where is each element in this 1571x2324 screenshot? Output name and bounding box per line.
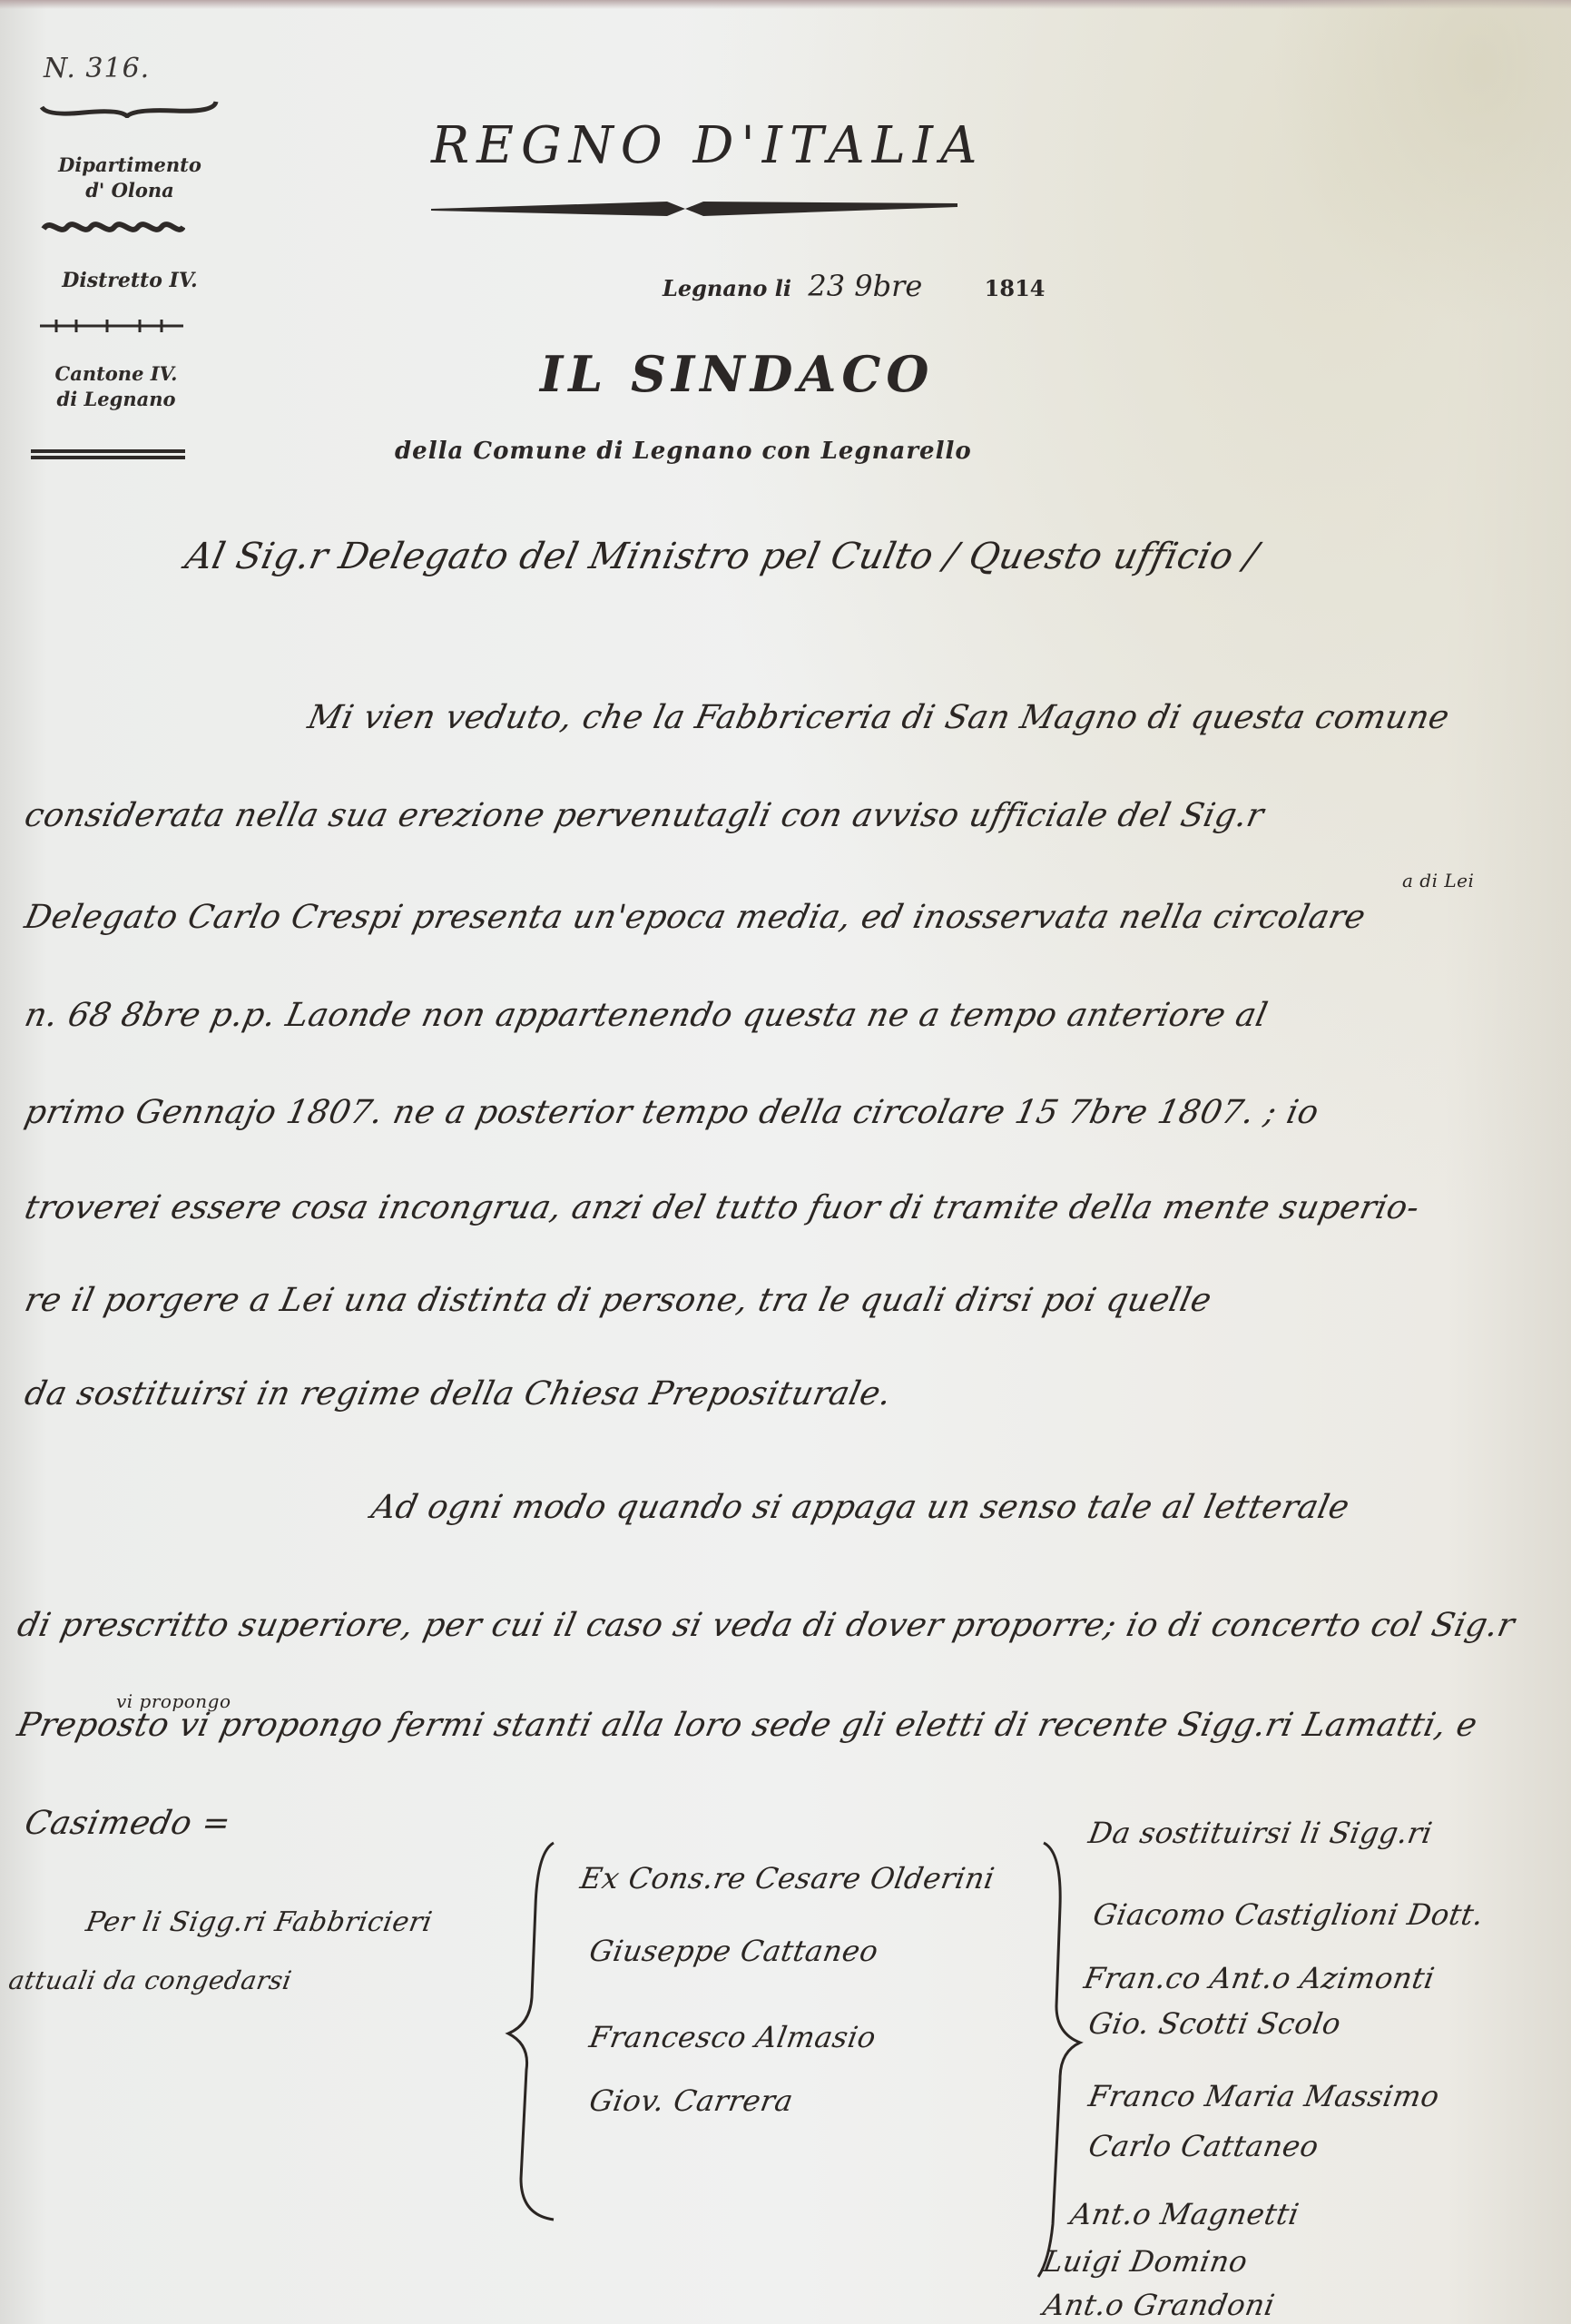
body-line: Casimedo = bbox=[22, 1805, 234, 1842]
department-label: Dipartimento d' Olona bbox=[44, 153, 216, 203]
district-label: Distretto IV. bbox=[44, 269, 216, 292]
body-line: primo Gennajo 1807. ne a posterior tempo… bbox=[22, 1094, 1322, 1131]
replacement-member: Luigi Domino bbox=[1041, 2244, 1251, 2279]
department-line-1: Dipartimento bbox=[44, 153, 216, 178]
body-line: da sostituirsi in regime della Chiesa Pr… bbox=[22, 1375, 895, 1413]
brace-ornament-icon bbox=[38, 98, 220, 118]
body-line: di prescritto superiore, per cui il caso… bbox=[15, 1607, 1518, 1644]
kingdom-title: REGNO D'ITALIA bbox=[431, 116, 984, 175]
canton-line-2: di Legnano bbox=[44, 387, 189, 412]
outgoing-label-line-2: attuali da congedarsi bbox=[6, 1965, 294, 1995]
replacement-member: Ant.o Magnetti bbox=[1068, 2197, 1302, 2231]
replacement-member: Franco Maria Massimo bbox=[1086, 2079, 1442, 2113]
body-line: troverei essere cosa incongrua, anzi del… bbox=[22, 1189, 1423, 1226]
outgoing-member: Giov. Carrera bbox=[587, 2083, 796, 2118]
dateline-place: Legnano li bbox=[663, 275, 791, 301]
replacement-member: Carlo Cattaneo bbox=[1086, 2129, 1321, 2163]
issuer-subtitle: della Comune di Legnano con Legnarello bbox=[395, 438, 972, 465]
water-stain bbox=[1271, 0, 1571, 327]
canton-label: Cantone IV. di Legnano bbox=[44, 361, 189, 412]
double-rule-ornament-icon bbox=[31, 448, 185, 461]
outgoing-member: Ex Cons.re Cesare Olderini bbox=[578, 1861, 997, 1896]
outgoing-label-line-1: Per li Sigg.ri Fabbricieri bbox=[83, 1906, 435, 1938]
left-brace-icon bbox=[490, 1834, 563, 2224]
body-line: Preposto vi propongo fermi stanti alla l… bbox=[15, 1707, 1481, 1744]
body-line: re il porgere a Lei una distinta di pers… bbox=[22, 1282, 1215, 1319]
addressee-line: Al Sig.r Delegato del Ministro pel Culto… bbox=[182, 536, 1262, 577]
body-line: Delegato Carlo Crespi presenta un'epoca … bbox=[22, 899, 1370, 936]
body-line: considerata nella sua erezione pervenuta… bbox=[22, 797, 1268, 834]
tapered-rule-ornament-icon bbox=[431, 198, 957, 220]
department-line-2: d' Olona bbox=[44, 178, 216, 203]
dotted-rule-ornament-icon bbox=[38, 318, 185, 334]
protocol-number: N. 316. bbox=[44, 53, 150, 84]
replacement-member: Fran.co Ant.o Azimonti bbox=[1082, 1961, 1438, 1995]
outgoing-member: Giuseppe Cattaneo bbox=[587, 1934, 881, 1968]
outgoing-member: Francesco Almasio bbox=[587, 2020, 879, 2054]
replacement-member: Ant.o Grandoni bbox=[1041, 2288, 1278, 2322]
body-line: n. 68 8bre p.p. Laonde non appartenendo … bbox=[22, 997, 1272, 1034]
body-line: Mi vien veduto, che la Fabbriceria di Sa… bbox=[305, 699, 1453, 736]
dateline-year: 1814 bbox=[985, 275, 1046, 301]
interlinear-note: a di Lei bbox=[1402, 870, 1474, 891]
body-line: Ad ogni modo quando si appaga un senso t… bbox=[368, 1489, 1353, 1526]
canton-line-1: Cantone IV. bbox=[44, 361, 189, 387]
wave-ornament-icon bbox=[40, 216, 185, 238]
document-sheet: N. 316. Dipartimento d' Olona Distretto … bbox=[0, 0, 1571, 2324]
replacement-header: Da sostituirsi li Sigg.ri bbox=[1086, 1816, 1436, 1850]
replacement-member: Gio. Scotti Scolo bbox=[1086, 2006, 1344, 2041]
issuer-title: IL SINDACO bbox=[540, 345, 934, 403]
dateline: Legnano li 23 9bre 1814 bbox=[663, 269, 1045, 303]
dateline-handwritten-date: 23 9bre bbox=[808, 269, 922, 303]
replacement-member: Giacomo Castiglioni Dott. bbox=[1091, 1897, 1487, 1932]
